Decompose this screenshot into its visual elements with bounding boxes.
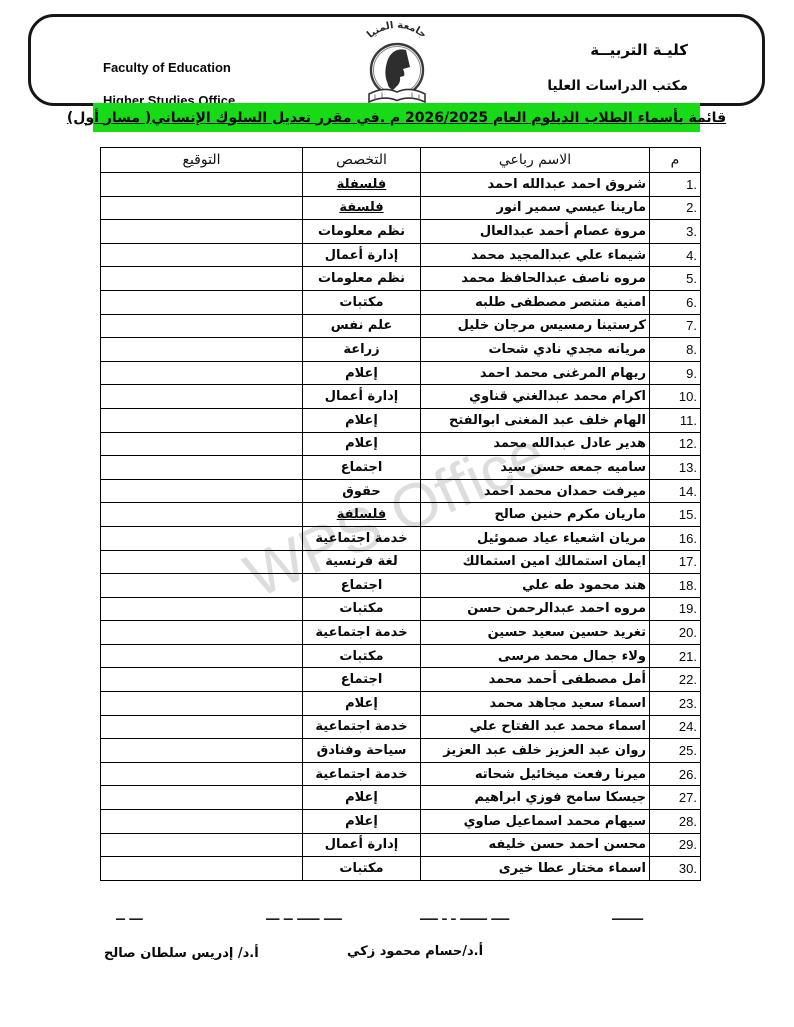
major-cell: إعلام <box>303 361 421 385</box>
row-number-cell: 14. <box>650 479 701 503</box>
row-number-cell: 24. <box>650 715 701 739</box>
major-cell: اجتماع <box>303 456 421 480</box>
row-number-cell: 17. <box>650 550 701 574</box>
row-number-cell: 15. <box>650 503 701 527</box>
student-name-cell: ايمان استمالك امين استمالك <box>421 550 650 574</box>
major-cell: مكتبات <box>303 857 421 881</box>
row-number-cell: 20. <box>650 621 701 645</box>
row-number-cell: 21. <box>650 644 701 668</box>
signature-cell <box>101 597 303 621</box>
signature-hossam-mahmoud-zaki: أ.د/حسام محمود زكي <box>347 944 483 959</box>
signature-cell <box>101 385 303 409</box>
student-name-cell: امنية منتصر مصطفى طلبه <box>421 290 650 314</box>
row-number-cell: 8. <box>650 338 701 362</box>
row-number-cell: 26. <box>650 762 701 786</box>
table-row: 8.مريانه مجدي نادي شحاتزراعة <box>101 338 701 362</box>
table-row: 27.جيسكا سامح فوزي ابراهيمإعلام <box>101 786 701 810</box>
major-cell: خدمة اجتماعية <box>303 621 421 645</box>
table-row: 4.شيماء علي عبدالمجيد محمدإدارة أعمال <box>101 243 701 267</box>
row-number-cell: 27. <box>650 786 701 810</box>
signature-cell <box>101 479 303 503</box>
svg-text:جامعة المنيا: جامعة المنيا <box>365 21 428 41</box>
table-row: 3.مروة عصام أحمد عبدالعالنظم معلومات <box>101 220 701 244</box>
row-number-cell: 16. <box>650 526 701 550</box>
signature-cell <box>101 243 303 267</box>
major-cell: خدمة اجتماعية <box>303 526 421 550</box>
table-row: 26.ميرنا رفعت ميخائيل شحاتهخدمة اجتماعية <box>101 762 701 786</box>
row-number-cell: 10. <box>650 385 701 409</box>
stamp-fragment-2: ــــ ــــــ ـ ـ ــــ <box>420 913 566 923</box>
major-cell: إدارة أعمال <box>303 243 421 267</box>
student-name-cell: ولاء جمال محمد مرسى <box>421 644 650 668</box>
student-name-cell: اسماء محمد عبد الفتاح علي <box>421 715 650 739</box>
student-name-cell: الهام خلف عبد المغنى ابوالفتح <box>421 408 650 432</box>
row-number-cell: 7. <box>650 314 701 338</box>
signature-cell <box>101 621 303 645</box>
column-header-signature: التوقيع <box>101 148 303 173</box>
major-cell: نظم معلومات <box>303 267 421 291</box>
student-name-cell: كرستينا رمسيس مرجان خليل <box>421 314 650 338</box>
row-number-cell: 19. <box>650 597 701 621</box>
signature-cell <box>101 762 303 786</box>
table-row: 24.اسماء محمد عبد الفتاح عليخدمة اجتماعي… <box>101 715 701 739</box>
signature-cell <box>101 267 303 291</box>
table-row: 19.مروه احمد عبدالرحمن حسنمكتبات <box>101 597 701 621</box>
student-name-cell: شروق احمد عبدالله احمد <box>421 173 650 197</box>
students-table: م الاسم رباعي التخصص التوقيع 1.شروق احمد… <box>100 147 701 881</box>
table-row: 15.ماريان مكرم حنين صالحفلسلفة <box>101 503 701 527</box>
table-row: 22.أمل مصطفى أحمد محمداجتماع <box>101 668 701 692</box>
student-name-cell: ميرنا رفعت ميخائيل شحاته <box>421 762 650 786</box>
table-row: 29.محسن احمد حسن خليفهإدارة أعمال <box>101 833 701 857</box>
signature-cell <box>101 833 303 857</box>
student-name-cell: ساميه جمعه حسن سيد <box>421 456 650 480</box>
student-name-cell: مريان اشعياء عياد صموئيل <box>421 526 650 550</box>
student-name-cell: مروه ناصف عبدالحافظ محمد <box>421 267 650 291</box>
signature-cell <box>101 574 303 598</box>
row-number-cell: 6. <box>650 290 701 314</box>
table-row: 12.هدير عادل عبدالله محمدإعلام <box>101 432 701 456</box>
signature-cell <box>101 715 303 739</box>
table-row: 7.كرستينا رمسيس مرجان خليلعلم نفس <box>101 314 701 338</box>
row-number-cell: 12. <box>650 432 701 456</box>
signature-cell <box>101 314 303 338</box>
signature-cell <box>101 857 303 881</box>
student-name-cell: هند محمود طه علي <box>421 574 650 598</box>
row-number-cell: 23. <box>650 692 701 716</box>
student-name-cell: شيماء علي عبدالمجيد محمد <box>421 243 650 267</box>
row-number-cell: 3. <box>650 220 701 244</box>
stamp-fragment-4: ـــ ــ <box>116 913 170 923</box>
signature-cell <box>101 432 303 456</box>
major-cell: إعلام <box>303 692 421 716</box>
signature-cell <box>101 290 303 314</box>
list-title: قائمة بأسماء الطلاب الدبلوم العام 2026/2… <box>67 110 726 126</box>
major-cell: فلسلفة <box>303 503 421 527</box>
signature-cell <box>101 526 303 550</box>
major-cell: خدمة اجتماعية <box>303 715 421 739</box>
table-row: 16.مريان اشعياء عياد صموئيلخدمة اجتماعية <box>101 526 701 550</box>
row-number-cell: 9. <box>650 361 701 385</box>
signature-cell <box>101 361 303 385</box>
major-cell: اجتماع <box>303 574 421 598</box>
faculty-name-english: Faculty of Education Higher Studies Offi… <box>103 61 235 107</box>
faculty-name-arabic: كليـة التربيــة مكتب الدراسات العليا <box>547 43 688 94</box>
student-name-cell: اكرام محمد عبدالغني قناوي <box>421 385 650 409</box>
row-number-cell: 22. <box>650 668 701 692</box>
student-name-cell: ريهام المرغنى محمد احمد <box>421 361 650 385</box>
student-name-cell: ميرفت حمدان محمد احمد <box>421 479 650 503</box>
major-cell: إدارة أعمال <box>303 385 421 409</box>
column-header-name: الاسم رباعي <box>421 148 650 173</box>
signature-cell <box>101 550 303 574</box>
major-cell: حقوق <box>303 479 421 503</box>
student-name-cell: اسماء سعيد مجاهد محمد <box>421 692 650 716</box>
major-cell: إدارة أعمال <box>303 833 421 857</box>
major-cell: فلسفلة <box>303 173 421 197</box>
row-number-cell: 28. <box>650 810 701 834</box>
row-number-cell: 2. <box>650 196 701 220</box>
row-number-cell: 25. <box>650 739 701 763</box>
students-table-body: 1.شروق احمد عبدالله احمدفلسفلة2.مارينا ع… <box>101 173 701 881</box>
table-row: 28.سيهام محمد اسماعيل صاويإعلام <box>101 810 701 834</box>
signature-cell <box>101 739 303 763</box>
table-row: 2.مارينا عيسي سمير انورفلسفة <box>101 196 701 220</box>
row-number-cell: 1. <box>650 173 701 197</box>
row-number-cell: 30. <box>650 857 701 881</box>
signature-cell <box>101 644 303 668</box>
student-name-cell: روان عبد العزيز خلف عبد العزيز <box>421 739 650 763</box>
major-cell: مكتبات <box>303 644 421 668</box>
major-cell: إعلام <box>303 408 421 432</box>
row-number-cell: 18. <box>650 574 701 598</box>
document-page: Faculty of Education Higher Studies Offi… <box>0 0 794 1027</box>
signature-cell <box>101 668 303 692</box>
faculty-of-education-label: Faculty of Education <box>103 61 235 74</box>
signature-cell <box>101 786 303 810</box>
student-name-cell: محسن احمد حسن خليفه <box>421 833 650 857</box>
student-name-cell: ماريان مكرم حنين صالح <box>421 503 650 527</box>
letterhead-box: Faculty of Education Higher Studies Offi… <box>28 14 765 106</box>
major-cell: إعلام <box>303 432 421 456</box>
table-row: 6.امنية منتصر مصطفى طلبهمكتبات <box>101 290 701 314</box>
student-name-cell: أمل مصطفى أحمد محمد <box>421 668 650 692</box>
student-name-cell: مروه احمد عبدالرحمن حسن <box>421 597 650 621</box>
major-cell: سياحة وفنادق <box>303 739 421 763</box>
major-cell: اجتماع <box>303 668 421 692</box>
table-row: 14.ميرفت حمدان محمد احمدحقوق <box>101 479 701 503</box>
table-row: 25.روان عبد العزيز خلف عبد العزيزسياحة و… <box>101 739 701 763</box>
major-cell: إعلام <box>303 786 421 810</box>
signature-cell <box>101 692 303 716</box>
signature-cell <box>101 196 303 220</box>
major-cell: زراعة <box>303 338 421 362</box>
table-row: 11.الهام خلف عبد المغنى ابوالفتحإعلام <box>101 408 701 432</box>
major-cell: لغة فرنسية <box>303 550 421 574</box>
major-cell: إعلام <box>303 810 421 834</box>
list-title-highlight: قائمة بأسماء الطلاب الدبلوم العام 2026/2… <box>93 103 700 132</box>
signature-cell <box>101 810 303 834</box>
major-cell: فلسفة <box>303 196 421 220</box>
signature-cell <box>101 456 303 480</box>
table-row: 9.ريهام المرغنى محمد احمدإعلام <box>101 361 701 385</box>
table-row: 1.شروق احمد عبدالله احمدفلسفلة <box>101 173 701 197</box>
table-row: 18.هند محمود طه علياجتماع <box>101 574 701 598</box>
faculty-arabic-label: كليـة التربيــة <box>547 43 688 58</box>
table-row: 21.ولاء جمال محمد مرسىمكتبات <box>101 644 701 668</box>
table-row: 13.ساميه جمعه حسن سيداجتماع <box>101 456 701 480</box>
student-name-cell: هدير عادل عبدالله محمد <box>421 432 650 456</box>
signature-idris-sultan-saleh: أ.د/ إدريس سلطان صالح <box>104 946 259 961</box>
table-header-row: م الاسم رباعي التخصص التوقيع <box>101 148 701 173</box>
signature-cell <box>101 220 303 244</box>
student-name-cell: مريانه مجدي نادي شحات <box>421 338 650 362</box>
row-number-cell: 5. <box>650 267 701 291</box>
signature-cell <box>101 503 303 527</box>
student-name-cell: جيسكا سامح فوزي ابراهيم <box>421 786 650 810</box>
row-number-cell: 13. <box>650 456 701 480</box>
major-cell: مكتبات <box>303 290 421 314</box>
row-number-cell: 4. <box>650 243 701 267</box>
student-name-cell: مروة عصام أحمد عبدالعال <box>421 220 650 244</box>
student-name-cell: تغريد حسين سعيد حسين <box>421 621 650 645</box>
table-row: 10.اكرام محمد عبدالغني قناويإدارة أعمال <box>101 385 701 409</box>
table-row: 20.تغريد حسين سعيد حسينخدمة اجتماعية <box>101 621 701 645</box>
student-name-cell: سيهام محمد اسماعيل صاوي <box>421 810 650 834</box>
row-number-cell: 11. <box>650 408 701 432</box>
stamp-fragment-1: ـــــــ <box>612 913 670 923</box>
major-cell: مكتبات <box>303 597 421 621</box>
column-header-number: م <box>650 148 701 173</box>
signature-cell <box>101 173 303 197</box>
major-cell: نظم معلومات <box>303 220 421 244</box>
signature-cell <box>101 338 303 362</box>
signature-cell <box>101 408 303 432</box>
table-row: 17.ايمان استمالك امين استمالكلغة فرنسية <box>101 550 701 574</box>
table-row: 23.اسماء سعيد مجاهد محمدإعلام <box>101 692 701 716</box>
major-cell: علم نفس <box>303 314 421 338</box>
major-cell: خدمة اجتماعية <box>303 762 421 786</box>
row-number-cell: 29. <box>650 833 701 857</box>
stamp-fragment-3: ــــ ـــــ ــ ـــ <box>266 913 360 923</box>
table-row: 30.اسماء مختار عطا خيرىمكتبات <box>101 857 701 881</box>
student-name-cell: اسماء مختار عطا خيرى <box>421 857 650 881</box>
student-name-cell: مارينا عيسي سمير انور <box>421 196 650 220</box>
graduate-office-arabic-label: مكتب الدراسات العليا <box>547 80 688 94</box>
column-header-major: التخصص <box>303 148 421 173</box>
table-row: 5.مروه ناصف عبدالحافظ محمدنظم معلومات <box>101 267 701 291</box>
